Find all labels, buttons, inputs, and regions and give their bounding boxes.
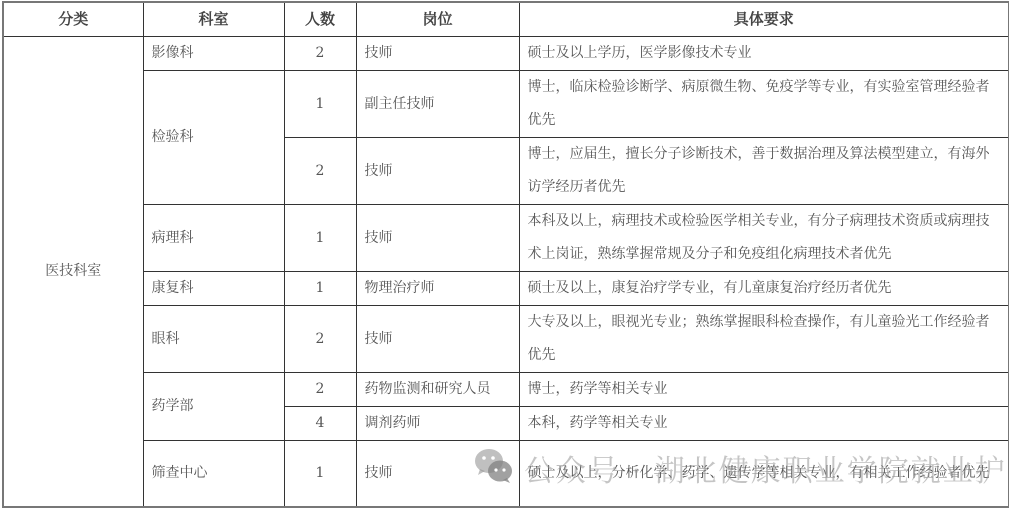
count-cell: 2: [284, 373, 356, 407]
header-count: 人数: [284, 2, 356, 37]
table-row: 康复科 1 物理治疗师 硕士及以上，康复治疗学专业，有儿童康复治疗经历者优先: [3, 272, 1009, 306]
category-cell: 医技科室: [3, 37, 143, 507]
position-cell: 技师: [356, 37, 519, 71]
position-cell: 药物监测和研究人员: [356, 373, 519, 407]
count-cell: 1: [284, 441, 356, 507]
position-cell: 调剂药师: [356, 407, 519, 441]
department-cell: 影像科: [143, 37, 284, 71]
count-cell: 1: [284, 272, 356, 306]
header-category: 分类: [3, 2, 143, 37]
requirements-cell: 博士，药学等相关专业: [519, 373, 1009, 407]
requirements-cell: 硕士及以上学历，医学影像技术专业: [519, 37, 1009, 71]
count-cell: 1: [284, 71, 356, 138]
header-department: 科室: [143, 2, 284, 37]
position-cell: 技师: [356, 306, 519, 373]
position-cell: 技师: [356, 205, 519, 272]
table-row: 医技科室 影像科 2 技师 硕士及以上学历，医学影像技术专业: [3, 37, 1009, 71]
count-cell: 4: [284, 407, 356, 441]
requirements-cell: 博士，应届生，擅长分子诊断技术，善于数据治理及算法模型建立，有海外访学经历者优先: [519, 138, 1009, 205]
department-cell: 筛查中心: [143, 441, 284, 507]
table-row: 病理科 1 技师 本科及以上，病理技术或检验医学相关专业，有分子病理技术资质或病…: [3, 205, 1009, 272]
requirements-cell: 硕士及以上，分析化学、药学、遗传学等相关专业，有相关工作经验者优先: [519, 441, 1009, 507]
requirements-cell: 硕士及以上，康复治疗学专业，有儿童康复治疗经历者优先: [519, 272, 1009, 306]
count-cell: 2: [284, 37, 356, 71]
department-cell: 药学部: [143, 373, 284, 441]
table-row: 筛查中心 1 技师 硕士及以上，分析化学、药学、遗传学等相关专业，有相关工作经验…: [3, 441, 1009, 507]
requirements-cell: 大专及以上，眼视光专业；熟练掌握眼科检查操作，有儿童验光工作经验者优先: [519, 306, 1009, 373]
position-cell: 副主任技师: [356, 71, 519, 138]
requirements-cell: 博士，临床检验诊断学、病原微生物、免疫学等专业，有实验室管理经验者优先: [519, 71, 1009, 138]
table-row: 检验科 1 副主任技师 博士，临床检验诊断学、病原微生物、免疫学等专业，有实验室…: [3, 71, 1009, 138]
table-header-row: 分类 科室 人数 岗位 具体要求: [3, 2, 1009, 37]
position-cell: 技师: [356, 441, 519, 507]
department-cell: 康复科: [143, 272, 284, 306]
position-cell: 技师: [356, 138, 519, 205]
table-row: 药学部 2 药物监测和研究人员 博士，药学等相关专业: [3, 373, 1009, 407]
count-cell: 2: [284, 138, 356, 205]
count-cell: 1: [284, 205, 356, 272]
position-cell: 物理治疗师: [356, 272, 519, 306]
department-cell: 眼科: [143, 306, 284, 373]
job-requirements-table: 分类 科室 人数 岗位 具体要求 医技科室 影像科 2 技师 硕士及以上学历，医…: [2, 1, 1009, 508]
header-requirements: 具体要求: [519, 2, 1009, 37]
department-cell: 病理科: [143, 205, 284, 272]
requirements-cell: 本科及以上，病理技术或检验医学相关专业，有分子病理技术资质或病理技术上岗证，熟练…: [519, 205, 1009, 272]
table-row: 眼科 2 技师 大专及以上，眼视光专业；熟练掌握眼科检查操作，有儿童验光工作经验…: [3, 306, 1009, 373]
header-position: 岗位: [356, 2, 519, 37]
count-cell: 2: [284, 306, 356, 373]
requirements-cell: 本科，药学等相关专业: [519, 407, 1009, 441]
department-cell: 检验科: [143, 71, 284, 205]
